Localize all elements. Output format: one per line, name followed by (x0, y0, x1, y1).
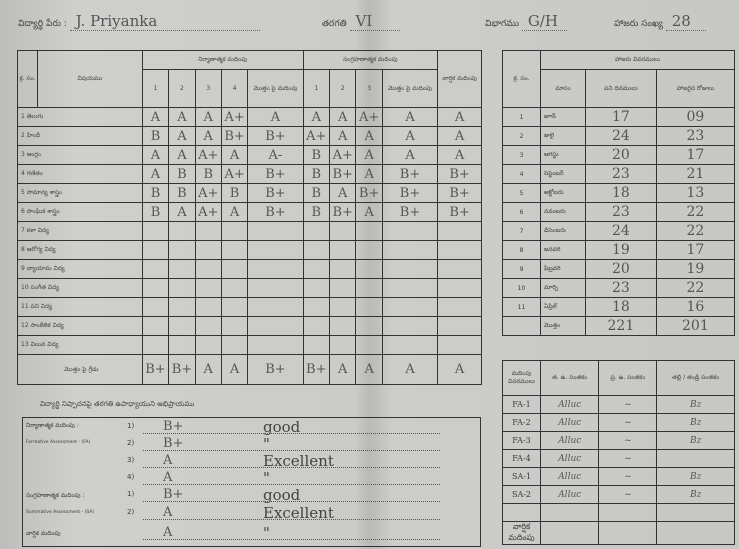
col-sno: క్ర. సం. (18, 51, 38, 108)
grade-cell (438, 317, 482, 336)
grade-cell: A (356, 146, 382, 165)
sno-cell: 9 (503, 260, 541, 279)
grade-cell: A (169, 203, 195, 222)
grade-cell: A (169, 146, 195, 165)
total-grade-cell: A (195, 355, 221, 385)
present-days-cell: 22 (656, 222, 734, 241)
grade-cell: A (195, 127, 221, 146)
sno-cell: 8 (503, 241, 541, 260)
attendance-row: 2జులై2423 (503, 127, 735, 146)
grade-cell: A (221, 146, 247, 165)
sa-col-4: మొత్తం పై మదింపు (382, 70, 437, 108)
grade-cell (142, 260, 168, 279)
remark-line (143, 450, 440, 451)
grade-row: 3 ఆంగ్లంAAA+AA-BA+AAA (18, 146, 482, 165)
present-days-cell: 22 (656, 279, 734, 298)
present-days-cell: 09 (656, 108, 734, 127)
grade-cell (356, 222, 382, 241)
grade-cell (356, 336, 382, 355)
attendance-row: 9ఫిబ్రవరి2019 (503, 260, 735, 279)
signature-row: FA-2Alluc~Bz (503, 414, 735, 432)
sa-col-3: 3 (356, 70, 382, 108)
sno-cell: 3 (503, 146, 541, 165)
grade-cell (303, 317, 329, 336)
section-field: విభాగము G/H (485, 12, 567, 31)
working-days-cell: 23 (586, 279, 657, 298)
grade-cell (169, 298, 195, 317)
grade-cell (438, 260, 482, 279)
group-sa: సంగ్రహణాత్మక మదింపు (303, 51, 438, 70)
grade-cell (330, 241, 356, 260)
hm-signature: ~ (599, 486, 657, 504)
hm-signature: ~ (599, 468, 657, 486)
col-month: మాసం (541, 70, 586, 108)
grade-cell: A+ (221, 165, 247, 184)
sno-cell: 2 (503, 127, 541, 146)
assessment-label: FA-4 (503, 450, 541, 468)
total-grade-cell: A (330, 355, 356, 385)
subject-cell: 1 తెలుగు (18, 108, 143, 127)
grade-cell: A (248, 108, 303, 127)
present-days-cell: 23 (656, 127, 734, 146)
grade-cell: B+ (356, 184, 382, 203)
month-cell: ఆగస్టు (541, 146, 586, 165)
grade-row: 2 హిందీBAAB+B+A+AAAA (18, 127, 482, 146)
grade-cell (330, 336, 356, 355)
grade-cell: A+ (195, 184, 221, 203)
grade-row: 10 సంగీత విద్య (18, 279, 482, 298)
month-cell: ఏప్రిల్ (541, 298, 586, 317)
teacher-signature: Alluc (541, 414, 599, 432)
teacher-signature: Alluc (541, 432, 599, 450)
total-grade-cell: B+ (303, 355, 329, 385)
hm-signature (599, 522, 657, 545)
subject-cell: 10 సంగీత విద్య (18, 279, 143, 298)
remark-row: 1)B+good (23, 488, 480, 504)
fa-col-5: మొత్తం పై మదింపు (248, 70, 303, 108)
remark-comment: good (263, 486, 300, 504)
grade-cell: A (438, 127, 482, 146)
working-days-cell: 20 (586, 146, 657, 165)
grade-cell (382, 336, 437, 355)
grade-cell (142, 241, 168, 260)
attendance-row: 3ఆగస్టు2017 (503, 146, 735, 165)
total-grade-cell: B+ (142, 355, 168, 385)
working-days-cell: 18 (586, 184, 657, 203)
col-teacher-sign: త. ఉ. సంతకం (541, 361, 599, 396)
working-days-cell: 24 (586, 127, 657, 146)
grade-cell (248, 336, 303, 355)
remark-line (143, 484, 440, 485)
grade-cell (169, 241, 195, 260)
grade-cell: B+ (438, 203, 482, 222)
grade-cell (195, 241, 221, 260)
attendance-row: 8జనవరి1917 (503, 241, 735, 260)
grade-cell: B+ (248, 203, 303, 222)
attendance-row: 4సెప్టెంబర్2321 (503, 165, 735, 184)
remark-row: 4)A" (23, 471, 480, 487)
signature-row: SA-1Alluc~Bz (503, 468, 735, 486)
subject-cell: 7 కళా విద్య (18, 222, 143, 241)
signature-row: SA-2Alluc~Bz (503, 486, 735, 504)
signatures-table: మదింపు వివరములు త. ఉ. సంతకం ప్ర. ఉ. సంతక… (502, 360, 735, 545)
grade-cell (382, 279, 437, 298)
grade-cell: A (382, 108, 437, 127)
working-days-cell: 20 (586, 260, 657, 279)
hm-signature: ~ (599, 450, 657, 468)
total-grade-cell: A (438, 355, 482, 385)
grade-cell (438, 336, 482, 355)
grade-cell: A+ (356, 108, 382, 127)
remark-comment: Excellent (263, 452, 334, 470)
grade-cell (382, 317, 437, 336)
grade-row: 5 సామాన్య శాస్త్రంBBA+BB+BAB+B+B+ (18, 184, 482, 203)
attendance-table: క్ర. సం. హాజరు వివరములు మాసం పని దినములు… (502, 50, 735, 336)
grade-cell: A (330, 184, 356, 203)
grade-cell (142, 336, 168, 355)
month-cell: అక్టోబరు (541, 184, 586, 203)
signature-row (503, 504, 735, 522)
grade-cell (438, 298, 482, 317)
parent-signature: Bz (657, 414, 735, 432)
grade-cell: A+ (195, 146, 221, 165)
grade-cell: B+ (248, 184, 303, 203)
remarks-box: నిర్మాణాత్మక మదింపు : Formative Assessme… (22, 417, 481, 547)
grade-cell: A (169, 127, 195, 146)
group-fa: నిర్మాణాత్మక మదింపు (142, 51, 303, 70)
col-assessment: మదింపు వివరములు (503, 361, 541, 396)
total-grade-cell: A (356, 355, 382, 385)
hm-signature: ~ (599, 396, 657, 414)
working-days-cell: 23 (586, 203, 657, 222)
attendance-row: మొత్తం221201 (503, 317, 735, 336)
sno-cell: 5 (503, 184, 541, 203)
sno-cell: 11 (503, 298, 541, 317)
grade-cell (248, 222, 303, 241)
grade-cell: B (169, 184, 195, 203)
grade-cell: A (330, 127, 356, 146)
remark-grade: B+ (163, 436, 183, 451)
assessment-label: SA-1 (503, 468, 541, 486)
grade-cell: A (356, 165, 382, 184)
grade-cell: A (303, 108, 329, 127)
grade-cell: B (221, 184, 247, 203)
grade-cell (303, 336, 329, 355)
subject-cell: 13 విలువ విద్య (18, 336, 143, 355)
remark-grade: B+ (163, 487, 183, 502)
present-days-cell: 17 (656, 146, 734, 165)
hm-signature (599, 504, 657, 522)
grade-cell: A (221, 203, 247, 222)
subject-cell: 5 సామాన్య శాస్త్రం (18, 184, 143, 203)
parent-signature: Bz (657, 486, 735, 504)
subject-cell: 12 సాంకేతిక విద్య (18, 317, 143, 336)
student-name-value: J. Priyanka (70, 12, 260, 31)
grade-cell (221, 222, 247, 241)
grade-row: 1 తెలుగుAAAA+AAAA+AA (18, 108, 482, 127)
parent-signature: Bz (657, 432, 735, 450)
col-annual: వార్షిక మదింపు (438, 51, 482, 108)
class-label: తరగతి (322, 19, 347, 29)
grade-cell (438, 241, 482, 260)
grade-cell (248, 241, 303, 260)
remark-row: 3)AExcellent (23, 454, 480, 470)
grade-cell (438, 279, 482, 298)
grade-row: 11 పని విద్య (18, 298, 482, 317)
remark-number: 3) (127, 456, 134, 464)
signature-row: FA-1Alluc~Bz (503, 396, 735, 414)
sno-cell: 10 (503, 279, 541, 298)
grade-cell: B+ (382, 165, 437, 184)
remark-number: 2) (127, 439, 134, 447)
remark-grade: A (163, 470, 172, 485)
grade-cell (382, 241, 437, 260)
grade-cell: A- (248, 146, 303, 165)
grade-cell: B (195, 165, 221, 184)
subject-cell: 11 పని విద్య (18, 298, 143, 317)
remark-line (143, 539, 440, 540)
grade-cell (330, 317, 356, 336)
grade-cell: B (303, 165, 329, 184)
working-days-cell: 17 (586, 108, 657, 127)
grade-cell (169, 336, 195, 355)
grade-cell (142, 222, 168, 241)
remark-number: 2) (127, 508, 134, 516)
grade-cell (356, 260, 382, 279)
teacher-signature (541, 504, 599, 522)
grade-cell (221, 260, 247, 279)
grade-cell: B (303, 146, 329, 165)
grade-cell: A+ (330, 146, 356, 165)
roll-label: హాజరు సంఖ్య (614, 19, 663, 29)
class-value: VI (350, 12, 400, 31)
grade-cell (303, 260, 329, 279)
teacher-signature: Alluc (541, 486, 599, 504)
grade-cell: B (142, 127, 168, 146)
grade-cell (303, 222, 329, 241)
grade-cell: A (142, 146, 168, 165)
grade-cell (169, 317, 195, 336)
grade-cell: A (382, 146, 437, 165)
remarks-title: విద్యార్థి నిష్పాదనపై తరగతి ఉపాధ్యాయుని … (40, 400, 194, 410)
assessment-label: SA-2 (503, 486, 541, 504)
grade-cell: B (303, 203, 329, 222)
grade-cell (382, 298, 437, 317)
grade-cell (142, 317, 168, 336)
grade-cell (330, 222, 356, 241)
fa-col-1: 1 (142, 70, 168, 108)
working-days-cell: 18 (586, 298, 657, 317)
grade-cell (142, 279, 168, 298)
grade-cell: B+ (438, 184, 482, 203)
remark-grade: B+ (163, 419, 183, 434)
student-name-label: విద్యార్థి పేరు : (18, 19, 67, 29)
grade-cell (382, 260, 437, 279)
month-cell: మార్చి (541, 279, 586, 298)
col-parent-sign: తల్లి / తండ్రి సంతకం (657, 361, 735, 396)
month-cell: జులై (541, 127, 586, 146)
grade-row: 7 కళా విద్య (18, 222, 482, 241)
remark-number: 1) (127, 422, 134, 430)
grade-cell (438, 222, 482, 241)
present-days-cell: 201 (656, 317, 734, 336)
remark-comment: " (263, 524, 270, 542)
sno-cell: 7 (503, 222, 541, 241)
present-days-cell: 21 (656, 165, 734, 184)
grade-row: 12 సాంకేతిక విద్య (18, 317, 482, 336)
grade-cell: A (195, 108, 221, 127)
sno-cell (503, 317, 541, 336)
sa-col-1: 1 (303, 70, 329, 108)
remark-row: A" (23, 526, 480, 542)
grade-cell: A+ (221, 108, 247, 127)
roll-value: 28 (666, 12, 706, 31)
grades-table: క్ర. సం. విషయము నిర్మాణాత్మక మదింపు సంగ్… (17, 50, 482, 385)
working-days-cell: 221 (586, 317, 657, 336)
grade-cell: B+ (221, 127, 247, 146)
attendance-row: 11ఏప్రిల్1816 (503, 298, 735, 317)
fa-col-4: 4 (221, 70, 247, 108)
assessment-label: FA-1 (503, 396, 541, 414)
grade-cell (195, 336, 221, 355)
col-working-days: పని దినములు (586, 70, 657, 108)
remark-comment: " (263, 469, 270, 487)
grade-cell (248, 260, 303, 279)
grade-row: 4 గణితంABBA+B+BB+AB+B+ (18, 165, 482, 184)
sno-cell: 4 (503, 165, 541, 184)
month-cell: సెప్టెంబర్ (541, 165, 586, 184)
present-days-cell: 17 (656, 241, 734, 260)
grade-cell (221, 317, 247, 336)
hm-signature: ~ (599, 432, 657, 450)
sno-cell: 6 (503, 203, 541, 222)
remark-row: 2)AExcellent (23, 506, 480, 522)
grade-row: 6 సాంఘిక శాస్త్రంBAA+AB+BB+AB+B+ (18, 203, 482, 222)
present-days-cell: 22 (656, 203, 734, 222)
grade-cell: A (330, 108, 356, 127)
grade-cell: A (356, 203, 382, 222)
grade-cell (382, 222, 437, 241)
grade-row: 8 ఆరోగ్య విద్య (18, 241, 482, 260)
assessment-label: FA-3 (503, 432, 541, 450)
section-label: విభాగము (485, 19, 519, 29)
col-sno: క్ర. సం. (503, 51, 541, 108)
grade-cell: B (142, 203, 168, 222)
total-label: మొత్తం పై గ్రేడు (18, 355, 143, 385)
working-days-cell: 24 (586, 222, 657, 241)
grade-cell (195, 222, 221, 241)
col-hm-sign: ప్ర. ఉ. సంతకం (599, 361, 657, 396)
teacher-signature: Alluc (541, 468, 599, 486)
subject-cell: 8 ఆరోగ్య విద్య (18, 241, 143, 260)
attendance-row: 5అక్టోబరు1813 (503, 184, 735, 203)
class-field: తరగతి VI (322, 12, 400, 31)
attendance-row: 1జూన్1709 (503, 108, 735, 127)
grade-cell (303, 298, 329, 317)
grade-cell: A (142, 165, 168, 184)
grade-cell (195, 260, 221, 279)
grade-cell: A (356, 127, 382, 146)
total-grade-cell: B+ (169, 355, 195, 385)
present-days-cell: 13 (656, 184, 734, 203)
present-days-cell: 19 (656, 260, 734, 279)
subject-cell: 6 సాంఘిక శాస్త్రం (18, 203, 143, 222)
grade-row: 9 వ్యాయామ విద్య (18, 260, 482, 279)
subject-cell: 9 వ్యాయామ విద్య (18, 260, 143, 279)
grade-cell (330, 279, 356, 298)
total-grade-cell: B+ (248, 355, 303, 385)
teacher-signature: Alluc (541, 396, 599, 414)
section-value: G/H (522, 12, 567, 31)
grade-cell (169, 279, 195, 298)
total-grade-row: మొత్తం పై గ్రేడుB+B+AAB+B+AAAA (18, 355, 482, 385)
grade-cell: B+ (382, 203, 437, 222)
assessment-label (503, 504, 541, 522)
teacher-signature (541, 522, 599, 545)
month-cell: జనవరి (541, 241, 586, 260)
grade-cell: B+ (438, 165, 482, 184)
parent-signature: Bz (657, 396, 735, 414)
remark-row: 1)B+good (23, 420, 480, 436)
month-cell: నవంబరు (541, 203, 586, 222)
attendance-row: 10మార్చి2322 (503, 279, 735, 298)
present-days-cell: 16 (656, 298, 734, 317)
parent-signature (657, 504, 735, 522)
grade-cell (303, 241, 329, 260)
subject-cell: 4 గణితం (18, 165, 143, 184)
grade-cell: A (438, 108, 482, 127)
remark-row: 2)B+" (23, 437, 480, 453)
teacher-signature: Alluc (541, 450, 599, 468)
signature-row: వార్షిక మదింపు (503, 522, 735, 545)
grade-cell: A+ (195, 203, 221, 222)
assessment-label: FA-2 (503, 414, 541, 432)
grade-cell (169, 222, 195, 241)
fa-col-3: 3 (195, 70, 221, 108)
month-cell: డిసెంబరు (541, 222, 586, 241)
hm-signature: ~ (599, 414, 657, 432)
grade-cell (221, 279, 247, 298)
sno-cell: 1 (503, 108, 541, 127)
grade-cell: B+ (248, 165, 303, 184)
grade-cell (221, 336, 247, 355)
attendance-row: 6నవంబరు2322 (503, 203, 735, 222)
month-cell: జూన్ (541, 108, 586, 127)
total-grade-cell: A (382, 355, 437, 385)
grade-cell (356, 241, 382, 260)
grade-cell: A (382, 127, 437, 146)
fa-col-2: 2 (169, 70, 195, 108)
subject-cell: 3 ఆంగ్లం (18, 146, 143, 165)
sa-col-2: 2 (330, 70, 356, 108)
grade-cell: A (142, 108, 168, 127)
grade-row: 13 విలువ విద్య (18, 336, 482, 355)
student-name-field: విద్యార్థి పేరు : J. Priyanka (18, 12, 260, 31)
grade-cell: B (142, 184, 168, 203)
grade-cell (330, 260, 356, 279)
grade-cell (142, 298, 168, 317)
grade-cell (356, 317, 382, 336)
grade-cell (221, 241, 247, 260)
remark-grade: A (163, 453, 172, 468)
attendance-title: హాజరు వివరములు (541, 51, 735, 70)
grade-cell (221, 298, 247, 317)
grade-cell (248, 279, 303, 298)
working-days-cell: 23 (586, 165, 657, 184)
working-days-cell: 19 (586, 241, 657, 260)
grade-cell (195, 298, 221, 317)
grade-cell (303, 279, 329, 298)
